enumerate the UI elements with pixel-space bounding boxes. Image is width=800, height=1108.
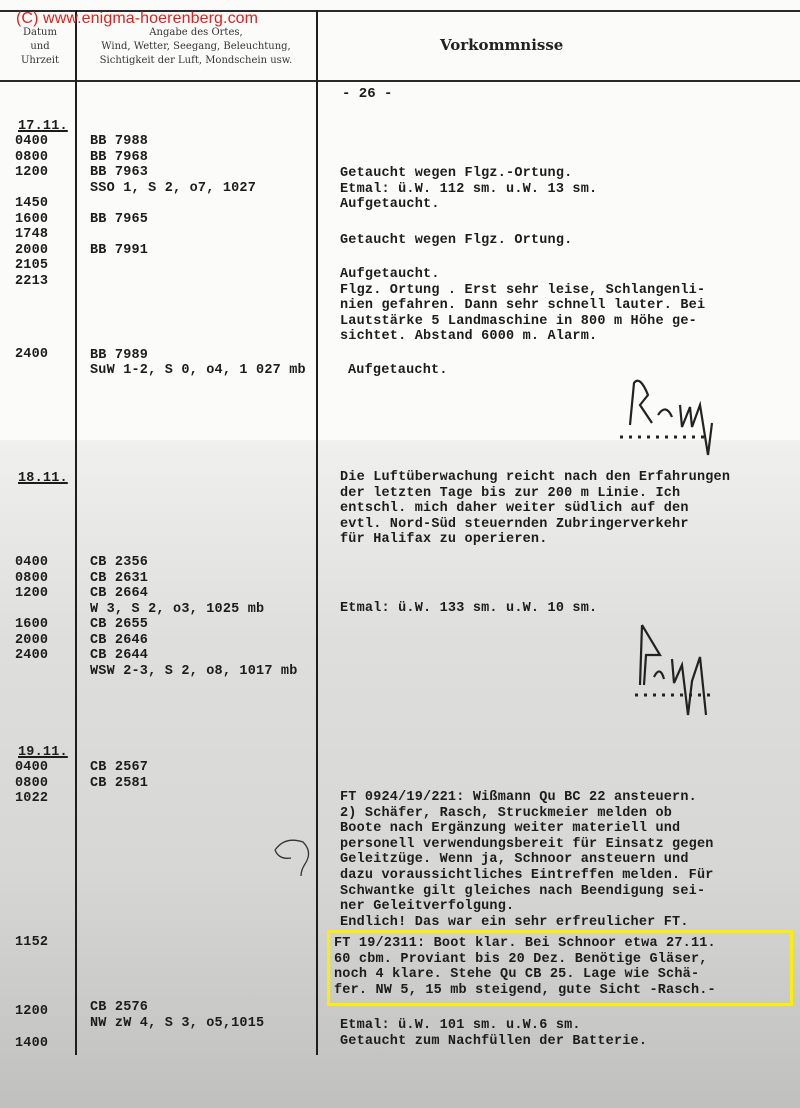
- intro-18-11: Die Luftüberwachung reicht nach den Erfa…: [340, 470, 730, 548]
- date-17-11: 17.11.: [18, 120, 68, 134]
- header-location-weather: Angabe des Ortes, Wind, Wetter, Seegang,…: [78, 26, 314, 68]
- header-col1-line: Datum: [8, 26, 72, 40]
- positions-19-11-end: CB 2576 NW zW 4, S 3, o5,1015: [90, 1000, 264, 1031]
- positions-19-11: CB 2567 CB 2581: [90, 760, 148, 791]
- time-1152: 1152: [15, 936, 48, 950]
- signature-18-11: [630, 615, 800, 735]
- events-17-11-b: Getaucht wegen Flgz. Ortung.: [340, 234, 572, 248]
- times-19-11: 0400 0800 1022: [15, 760, 48, 807]
- times-17-11: 0400 0800 1200 1450 1600 1748 2000 2105 …: [15, 134, 48, 289]
- header-bottom-rule: [0, 80, 800, 82]
- pencil-mark: [265, 830, 325, 880]
- header-col2-line: Angabe des Ortes,: [78, 26, 314, 40]
- header-date-time: Datum und Uhrzeit: [8, 26, 72, 68]
- event-2400-17: Aufgetaucht.: [348, 364, 448, 378]
- watermark: (C) www.enigma-hoerenberg.com: [16, 10, 258, 28]
- positions-2400-17: BB 7989 SuW 1-2, S 0, o4, 1 027 mb: [90, 348, 306, 378]
- ft-0924: FT 0924/19/221: Wißmann Qu BC 22 ansteue…: [340, 790, 714, 930]
- date-18-11: 18.11.: [18, 472, 68, 486]
- header-col1-line: Uhrzeit: [8, 54, 72, 68]
- events-19-11-end: Etmal: ü.W. 101 sm. u.W.6 sm. Getaucht z…: [340, 1018, 647, 1050]
- time-2400-17: 2400: [15, 348, 48, 362]
- header-col2-line: Wind, Wetter, Seegang, Beleuchtung,: [78, 40, 314, 54]
- signature-17-11: [600, 375, 770, 465]
- events-17-11-c: Aufgetaucht. Flgz. Ortung . Erst sehr le…: [340, 267, 705, 345]
- column-divider-2: [316, 10, 318, 1055]
- page-number: - 26 -: [342, 86, 392, 102]
- header-col1-line: und: [8, 40, 72, 54]
- times-19-11-end: 1200 1400: [15, 1004, 48, 1052]
- header-col2-line: Sichtigkeit der Luft, Mondschein usw.: [78, 54, 314, 68]
- etmal-18-11: Etmal: ü.W. 133 sm. u.W. 10 sm.: [340, 602, 597, 616]
- highlight-box: [327, 930, 793, 1006]
- date-19-11: 19.11.: [18, 746, 68, 760]
- positions-17-11: BB 7988 BB 7968 BB 7963 SSO 1, S 2, o7, …: [90, 134, 256, 258]
- column-divider-1: [75, 10, 77, 1055]
- positions-18-11: CB 2356 CB 2631 CB 2664 W 3, S 2, o3, 10…: [90, 555, 298, 679]
- header-events: Vorkommnisse: [440, 36, 563, 54]
- times-18-11: 0400 0800 1200 1600 2000 2400: [15, 555, 48, 664]
- events-17-11-a: Getaucht wegen Flgz.-Ortung. Etmal: ü.W.…: [340, 166, 597, 213]
